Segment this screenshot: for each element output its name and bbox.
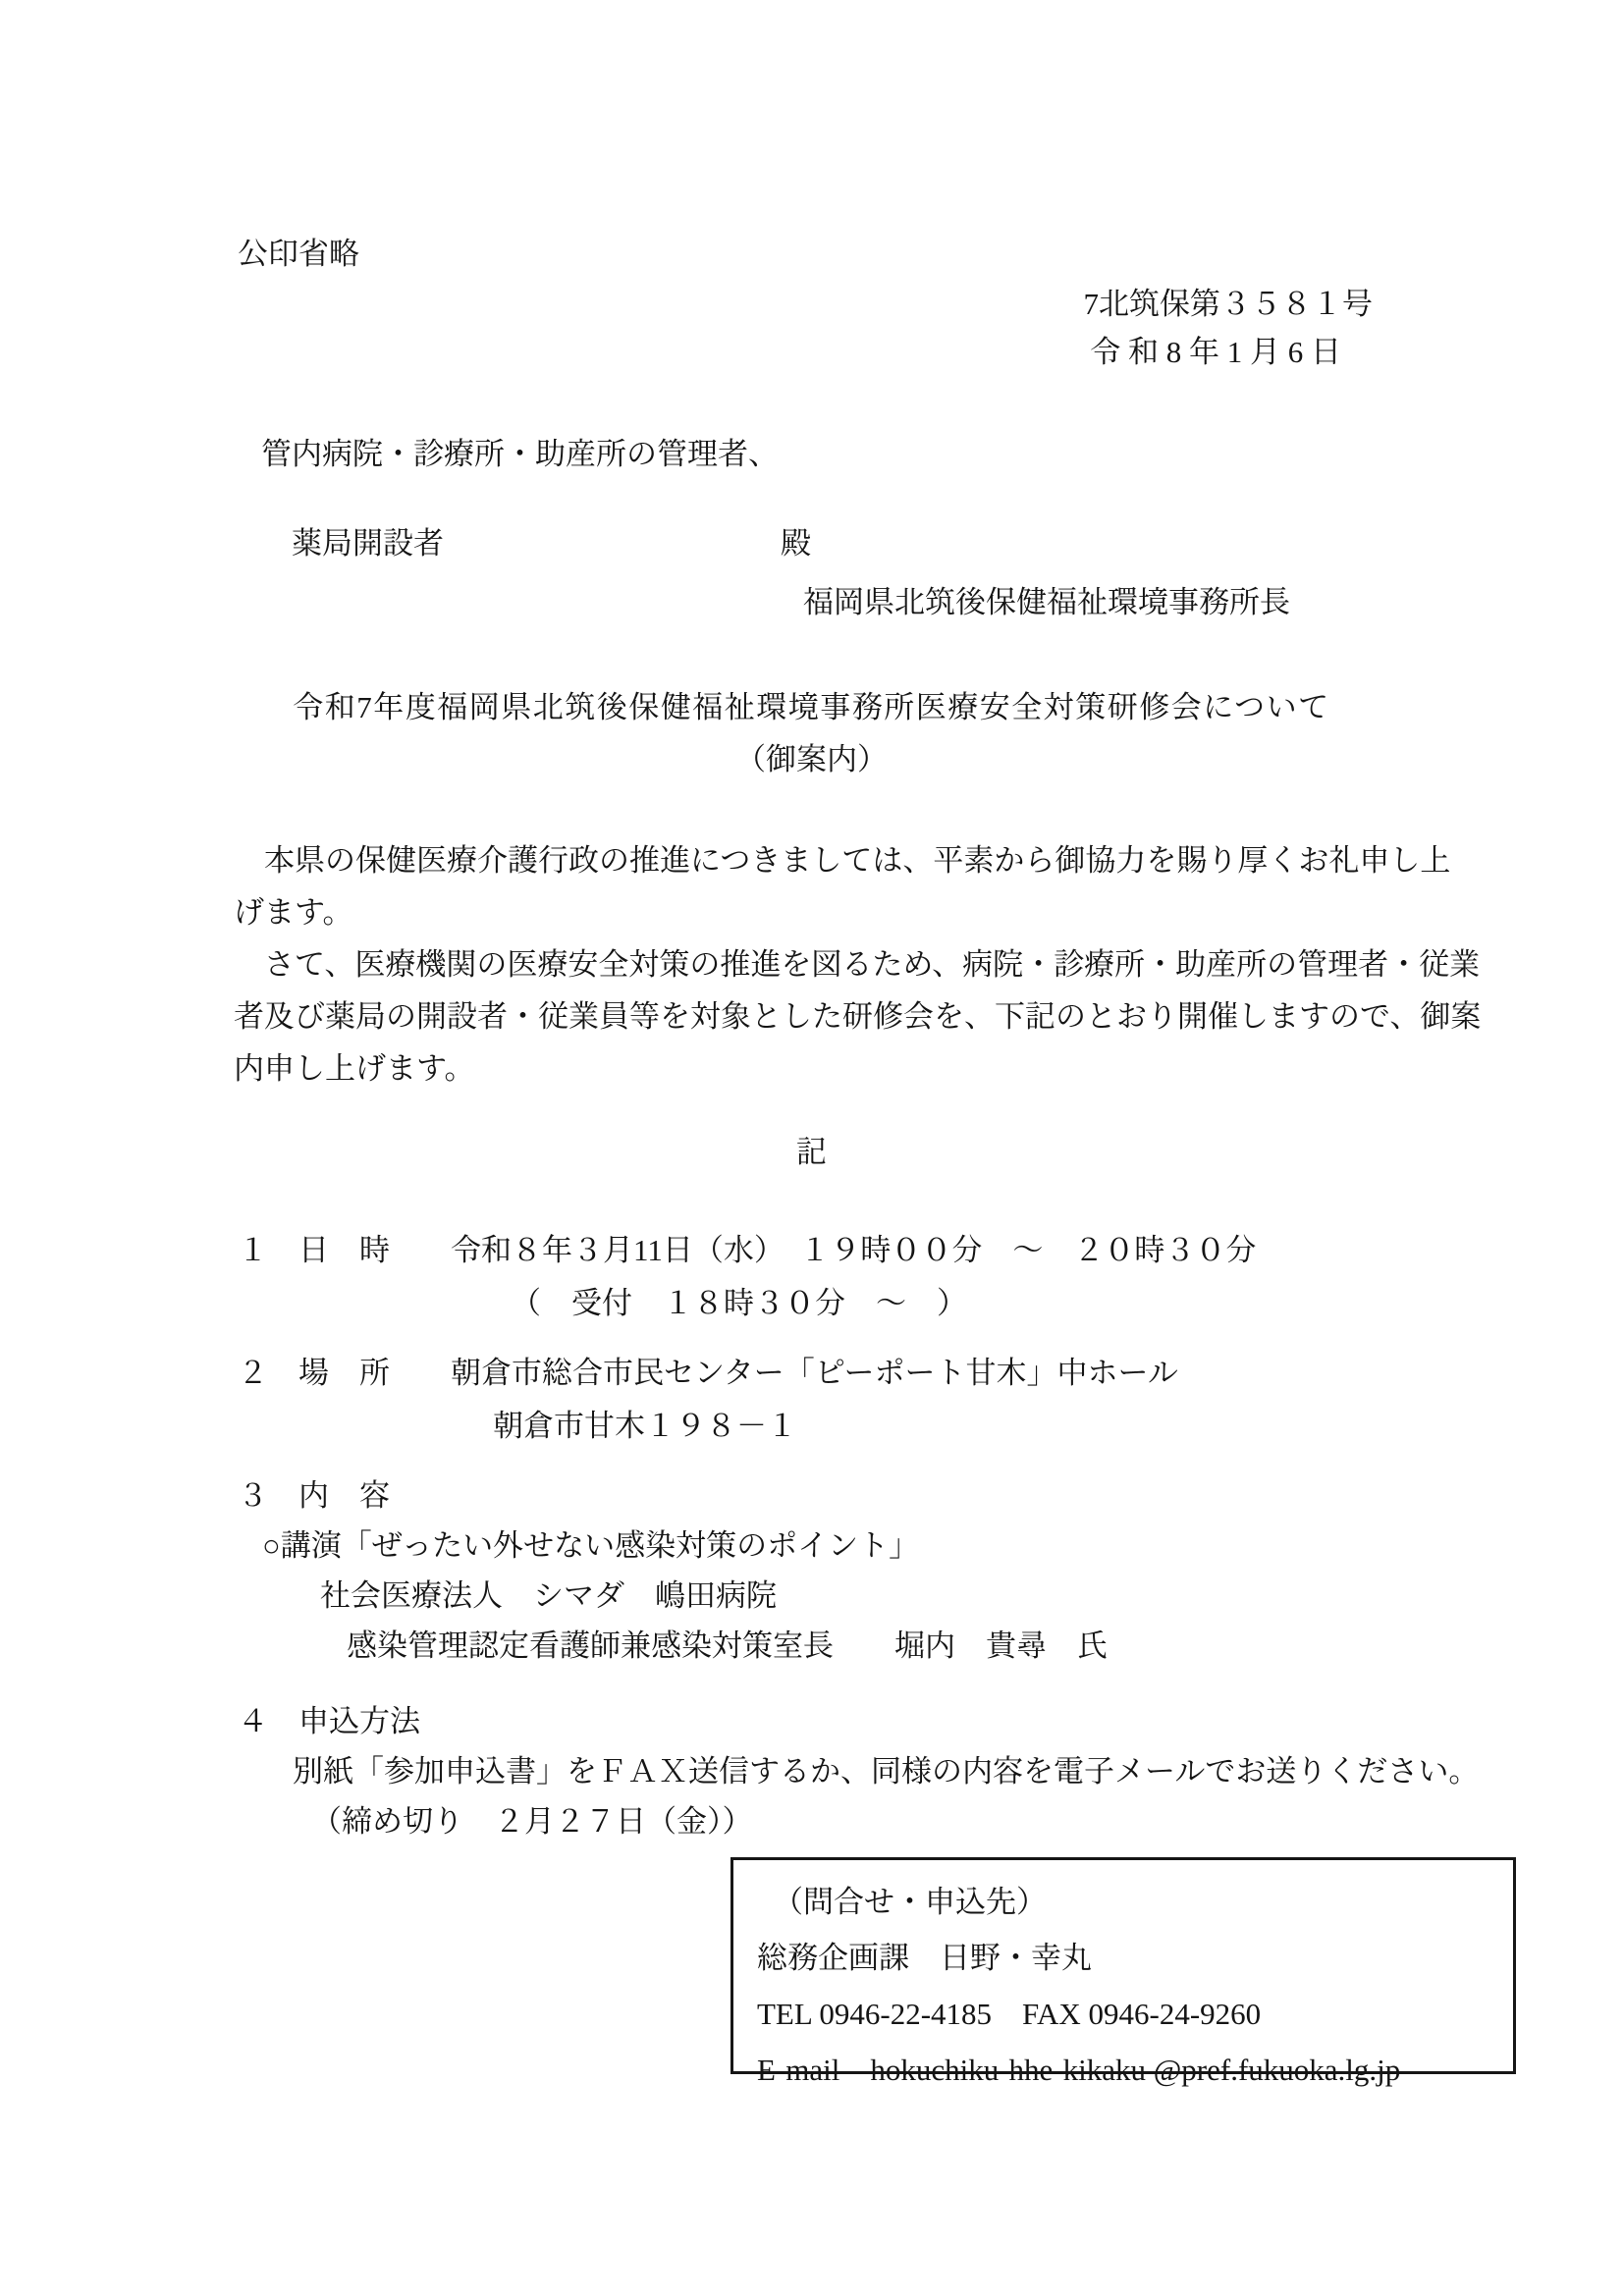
section-1-datetime-heading: １ 日 時 令和８年３月11日（水） １９時００分 ～ ２０時３０分 xyxy=(238,1232,1256,1268)
recipient-name: 薬局開設者 xyxy=(292,526,444,561)
body-line-4: 者及び薬局の開設者・従業員等を対象とした研修会を、下記のとおり開催しますので、御… xyxy=(234,990,1481,1042)
contact-box-title: （問合せ・申込先） xyxy=(757,1874,1513,1930)
body-line-5: 内申し上げます。 xyxy=(234,1042,1481,1095)
contact-department: 総務企画課 日野・幸丸 xyxy=(757,1930,1513,1986)
body-line-1: 本県の保健医療介護行政の推進につきましては、平素から御協力を賜り厚くお礼申し上 xyxy=(234,834,1481,886)
recipient-honorific: 殿 xyxy=(781,526,811,561)
document-date: 令 和 8 年 1 月 6 日 xyxy=(1090,334,1341,370)
application-instruction: 別紙「参加申込書」をＦＡＸ送信するか、同様の内容を電子メールでお送りください。 xyxy=(293,1753,1479,1789)
body-line-3: さて、医療機関の医療安全対策の推進を図るため、病院・診療所・助産所の管理者・従業 xyxy=(234,938,1481,990)
section-3-content-heading: ３ 内 容 xyxy=(238,1477,390,1514)
lecture-organization: 社会医療法人 シマダ 嶋田病院 xyxy=(320,1577,777,1614)
document-page: 公印省略 7北筑保第３５８１号 令 和 8 年 1 月 6 日 管内病院・診療所… xyxy=(0,0,1623,2296)
recipient-line-2: 薬局開設者殿 xyxy=(261,489,811,599)
contact-tel-fax: TEL 0946-22-4185 FAX 0946-24-9260 xyxy=(757,1986,1513,2042)
body-paragraph: 本県の保健医療介護行政の推進につきましては、平素から御協力を賜り厚くお礼申し上 … xyxy=(234,834,1481,1095)
document-subtitle: （御案内） xyxy=(0,741,1623,777)
lecture-title: ○講演「ぜったい外せない感染対策のポイント」 xyxy=(262,1527,919,1564)
contact-box: （問合せ・申込先） 総務企画課 日野・幸丸 TEL 0946-22-4185 F… xyxy=(730,1857,1516,2074)
sender-title: 福岡県北筑後保健福祉環境事務所長 xyxy=(803,584,1290,620)
document-number: 7北筑保第３５８１号 xyxy=(1084,286,1374,322)
recipient-line-1: 管内病院・診療所・助産所の管理者、 xyxy=(261,436,779,472)
reception-time: （ 受付 １８時３０分 ～ ） xyxy=(511,1285,967,1321)
lecture-speaker: 感染管理認定看護師兼感染対策室長 堀内 貴尋 氏 xyxy=(347,1628,1108,1664)
application-deadline: （締め切り ２月２７日（金）） xyxy=(311,1803,753,1840)
section-4-application-heading: ４ 申込方法 xyxy=(238,1703,420,1739)
record-marker: 記 xyxy=(0,1134,1623,1170)
body-line-2: げます。 xyxy=(234,886,1481,938)
seal-omission-note: 公印省略 xyxy=(238,236,359,272)
venue-address: 朝倉市甘木１９８－１ xyxy=(493,1408,797,1444)
document-title: 令和7年度福岡県北筑後保健福祉環境事務所医療安全対策研修会について xyxy=(0,689,1623,725)
section-2-place-heading: ２ 場 所 朝倉市総合市民センター「ピーポート甘木」中ホール xyxy=(238,1355,1178,1391)
contact-email: E-mail hokuchiku-hhe-kikaku @pref.fukuok… xyxy=(757,2042,1513,2098)
